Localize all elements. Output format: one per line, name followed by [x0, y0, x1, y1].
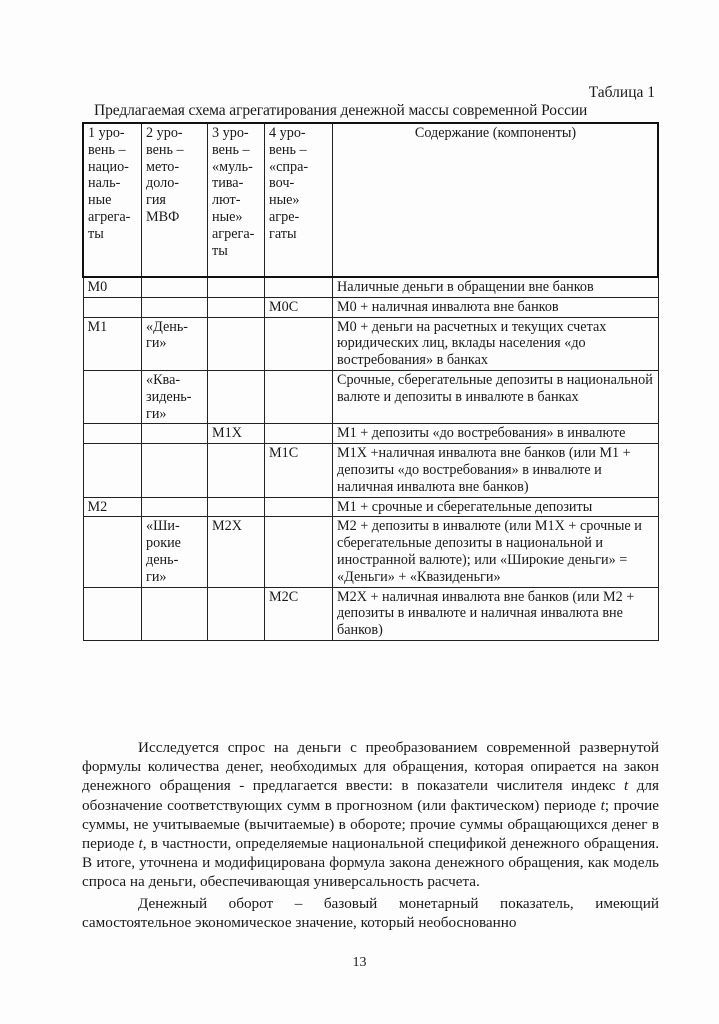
- level-3-cell: [208, 587, 265, 640]
- table-title: Предлагаемая схема агрегатирования денеж…: [94, 102, 587, 120]
- header-line: лют-: [212, 192, 261, 209]
- table-header-row: 1 уро-вень –нацио-наль-ныеагрега-ты 2 ур…: [83, 123, 658, 277]
- table-row: M1CM1X +наличная инвалюта вне банков (ил…: [83, 444, 658, 497]
- content-cell: M0 + деньги на расчетных и текущих счета…: [333, 317, 659, 370]
- level-2-cell: «Ши-рокиедень-ги»: [142, 517, 208, 587]
- level-4-cell: [265, 317, 333, 370]
- content-cell: M1X +наличная инвалюта вне банков (или M…: [333, 444, 659, 497]
- level-2-cell: «День-ги»: [142, 317, 208, 370]
- level-1-cell: [83, 370, 142, 423]
- paragraph-1: Исследуется спрос на деньги с преобразов…: [82, 738, 659, 892]
- header-line: мето-: [146, 159, 204, 176]
- page-number: 13: [0, 955, 719, 971]
- header-line: 2 уро-: [146, 125, 204, 142]
- level-3-cell: M1X: [208, 424, 265, 444]
- header-line: ты: [88, 226, 138, 243]
- level-4-cell: [265, 277, 333, 297]
- level-3-cell: [208, 370, 265, 423]
- header-line: ты: [212, 243, 261, 260]
- level-1-cell: [83, 297, 142, 317]
- level-3-cell: [208, 317, 265, 370]
- header-line: наль-: [88, 175, 138, 192]
- header-line: МВФ: [146, 209, 204, 226]
- header-line: агрега-: [212, 226, 261, 243]
- level-1-cell: [83, 587, 142, 640]
- level-1-cell: M2: [83, 497, 142, 517]
- level-1-cell: M1: [83, 317, 142, 370]
- header-line: вень –: [269, 142, 329, 159]
- level-4-cell: M2C: [265, 587, 333, 640]
- level-2-cell: [142, 444, 208, 497]
- header-line: «спра-: [269, 159, 329, 176]
- table-body: M0Наличные деньги в обращении вне банков…: [83, 277, 658, 640]
- header-line: 3 уро-: [212, 125, 261, 142]
- table-row: M1«День-ги»M0 + деньги на расчетных и те…: [83, 317, 658, 370]
- table-label: Таблица 1: [589, 84, 655, 102]
- level-2-cell: [142, 497, 208, 517]
- header-level-2: 2 уро-вень –мето-доло-гияМВФ: [142, 123, 208, 277]
- paragraph-2: Денежный оборот – базовый монетарный пок…: [82, 894, 659, 932]
- header-level-3: 3 уро-вень –«муль-тива-лют-ные»агрега-ты: [208, 123, 265, 277]
- level-1-cell: [83, 444, 142, 497]
- header-line: «муль-: [212, 159, 261, 176]
- content-cell: Наличные деньги в обращении вне банков: [333, 277, 659, 297]
- header-line: Содержание (компоненты): [337, 125, 654, 142]
- header-line: вень –: [146, 142, 204, 159]
- header-line: вень –: [212, 142, 261, 159]
- header-line: 1 уро-: [88, 125, 138, 142]
- header-line: агре-: [269, 209, 329, 226]
- header-line: гия: [146, 192, 204, 209]
- content-cell: M1 + депозиты «до востребования» в инвал…: [333, 424, 659, 444]
- content-cell: M0 + наличная инвалюта вне банков: [333, 297, 659, 317]
- level-2-cell: «Ква-зидень-ги»: [142, 370, 208, 423]
- header-line: доло-: [146, 175, 204, 192]
- content-cell: M2 + депозиты в инвалюте (или M1X + сроч…: [333, 517, 659, 587]
- aggregates-table: 1 уро-вень –нацио-наль-ныеагрега-ты 2 ур…: [82, 122, 659, 641]
- level-4-cell: M0C: [265, 297, 333, 317]
- header-content: Содержание (компоненты): [333, 123, 659, 277]
- level-2-cell: [142, 297, 208, 317]
- level-4-cell: M1C: [265, 444, 333, 497]
- header-line: тива-: [212, 175, 261, 192]
- header-line: нацио-: [88, 159, 138, 176]
- level-2-cell: [142, 277, 208, 297]
- level-4-cell: [265, 517, 333, 587]
- table-row: M0Наличные деньги в обращении вне банков: [83, 277, 658, 297]
- table-row: M0CM0 + наличная инвалюта вне банков: [83, 297, 658, 317]
- level-1-cell: M0: [83, 277, 142, 297]
- header-line: 4 уро-: [269, 125, 329, 142]
- level-3-cell: [208, 297, 265, 317]
- level-4-cell: [265, 497, 333, 517]
- content-cell: Срочные, сберегательные депозиты в нацио…: [333, 370, 659, 423]
- level-4-cell: [265, 370, 333, 423]
- table-row: «Ква-зидень-ги»Срочные, сберегательные д…: [83, 370, 658, 423]
- header-line: ные: [88, 192, 138, 209]
- level-3-cell: [208, 277, 265, 297]
- content-cell: M2X + наличная инвалюта вне банков (или …: [333, 587, 659, 640]
- header-line: ные»: [212, 209, 261, 226]
- level-1-cell: [83, 424, 142, 444]
- table-row: M2M1 + срочные и сберегательные депозиты: [83, 497, 658, 517]
- header-line: ные»: [269, 192, 329, 209]
- level-3-cell: [208, 444, 265, 497]
- header-line: агрега-: [88, 209, 138, 226]
- content-cell: M1 + срочные и сберегательные депозиты: [333, 497, 659, 517]
- header-line: воч-: [269, 175, 329, 192]
- level-2-cell: [142, 587, 208, 640]
- level-1-cell: [83, 517, 142, 587]
- level-3-cell: M2X: [208, 517, 265, 587]
- table-row: M1XM1 + депозиты «до востребования» в ин…: [83, 424, 658, 444]
- header-level-1: 1 уро-вень –нацио-наль-ныеагрега-ты: [83, 123, 142, 277]
- header-level-4: 4 уро-вень –«спра-воч-ные»агре-гаты: [265, 123, 333, 277]
- level-3-cell: [208, 497, 265, 517]
- level-4-cell: [265, 424, 333, 444]
- level-2-cell: [142, 424, 208, 444]
- table-row: «Ши-рокиедень-ги»M2XM2 + депозиты в инва…: [83, 517, 658, 587]
- header-line: гаты: [269, 226, 329, 243]
- document-page: Таблица 1 Предлагаемая схема агрегатиров…: [0, 0, 719, 1024]
- header-line: вень –: [88, 142, 138, 159]
- table-row: M2CM2X + наличная инвалюта вне банков (и…: [83, 587, 658, 640]
